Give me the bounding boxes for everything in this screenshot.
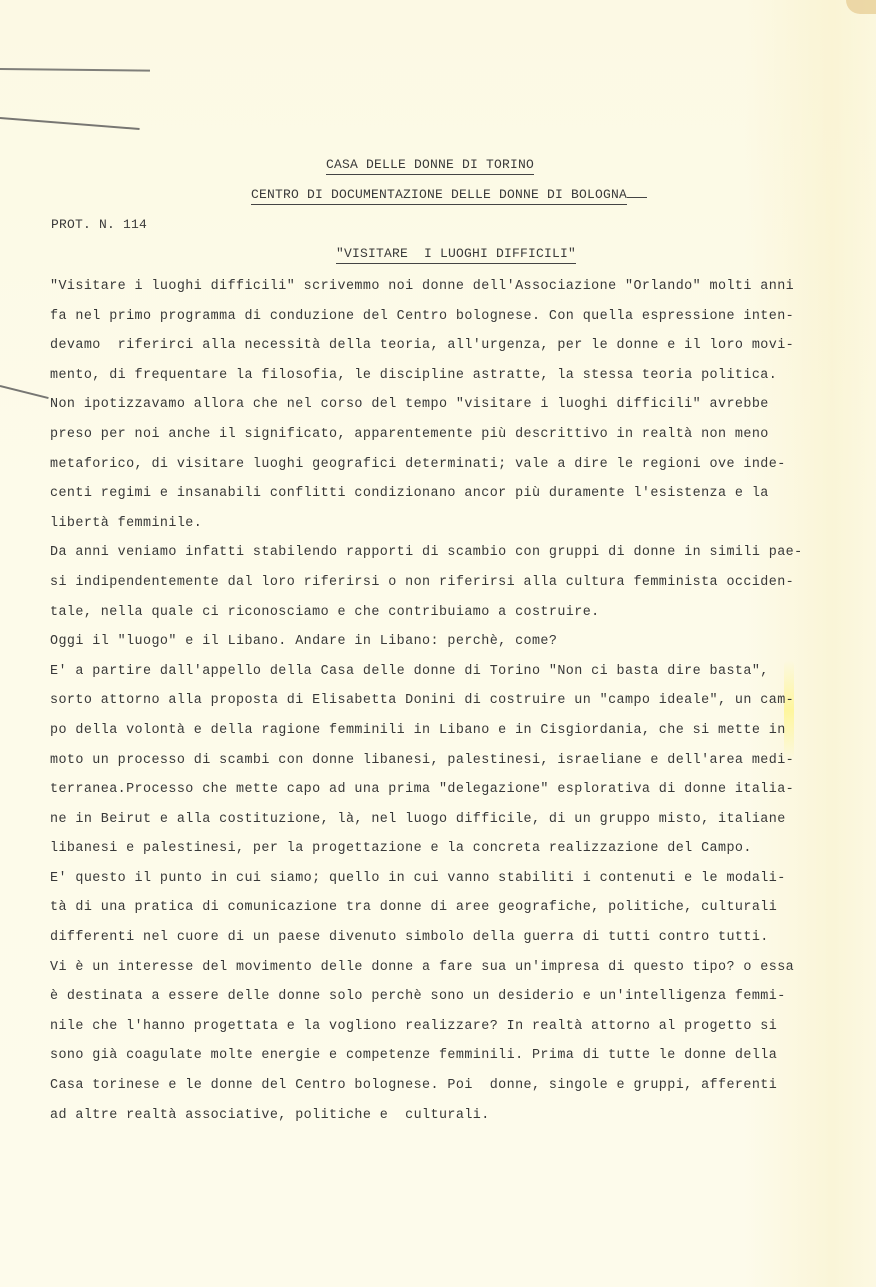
body-text: "Visitare i luoghi difficili" scrivemmo … [50, 272, 850, 1130]
organization-heading-torino: CASA DELLE DONNE DI TORINO [326, 157, 534, 172]
text-line: differenti nel cuore di un paese divenut… [50, 923, 850, 953]
text-line: è destinata a essere delle donne solo pe… [50, 982, 850, 1012]
text-line: ad altre realtà associative, politiche e… [50, 1101, 850, 1131]
text-line: devamo riferirci alla necessità della te… [50, 331, 850, 361]
text-line: Non ipotizzavamo allora che nel corso de… [50, 390, 850, 420]
text-line: fa nel primo programma di conduzione del… [50, 302, 850, 332]
text-line: Oggi il "luogo" e il Libano. Andare in L… [50, 627, 850, 657]
organization-name-torino: CASA DELLE DONNE DI TORINO [326, 157, 534, 175]
text-line: Casa torinese e le donne del Centro bolo… [50, 1071, 850, 1101]
protocol-number: PROT. N. 114 [51, 217, 147, 232]
text-line: centi regimi e insanabili conflitti cond… [50, 479, 850, 509]
text-line: po della volontà e della ragione femmini… [50, 716, 850, 746]
text-line: preso per noi anche il significato, appa… [50, 420, 850, 450]
text-line: E' a partire dall'appello della Casa del… [50, 657, 850, 687]
text-line: nile che l'hanno progettata e la voglion… [50, 1012, 850, 1042]
underline-extension [627, 197, 647, 198]
organization-name-bologna: CENTRO DI DOCUMENTAZIONE DELLE DONNE DI … [251, 187, 627, 205]
document-title-text: "VISITARE I LUOGHI DIFFICILI" [336, 246, 576, 264]
text-line: metaforico, di visitare luoghi geografic… [50, 450, 850, 480]
text-line: "Visitare i luoghi difficili" scrivemmo … [50, 272, 850, 302]
text-line: terranea.Processo che mette capo ad una … [50, 775, 850, 805]
text-line: ne in Beirut e alla costituzione, là, ne… [50, 805, 850, 835]
text-line: Vi è un interesse del movimento delle do… [50, 953, 850, 983]
text-line: si indipendentemente dal loro riferirsi … [50, 568, 850, 598]
text-line: sorto attorno alla proposta di Elisabett… [50, 686, 850, 716]
text-line: tale, nella quale ci riconosciamo e che … [50, 598, 850, 628]
text-line: libanesi e palestinesi, per la progettaz… [50, 834, 850, 864]
document-title: "VISITARE I LUOGHI DIFFICILI" [336, 246, 576, 261]
text-line: Da anni veniamo infatti stabilendo rappo… [50, 538, 850, 568]
text-line: sono già coagulate molte energie e compe… [50, 1041, 850, 1071]
text-line: tà di una pratica di comunicazione tra d… [50, 893, 850, 923]
organization-heading-bologna: CENTRO DI DOCUMENTAZIONE DELLE DONNE DI … [251, 187, 647, 202]
text-line: E' questo il punto in cui siamo; quello … [50, 864, 850, 894]
text-line: libertà femminile. [50, 509, 850, 539]
text-line: moto un processo di scambi con donne lib… [50, 746, 850, 776]
text-line: mento, di frequentare la filosofia, le d… [50, 361, 850, 391]
